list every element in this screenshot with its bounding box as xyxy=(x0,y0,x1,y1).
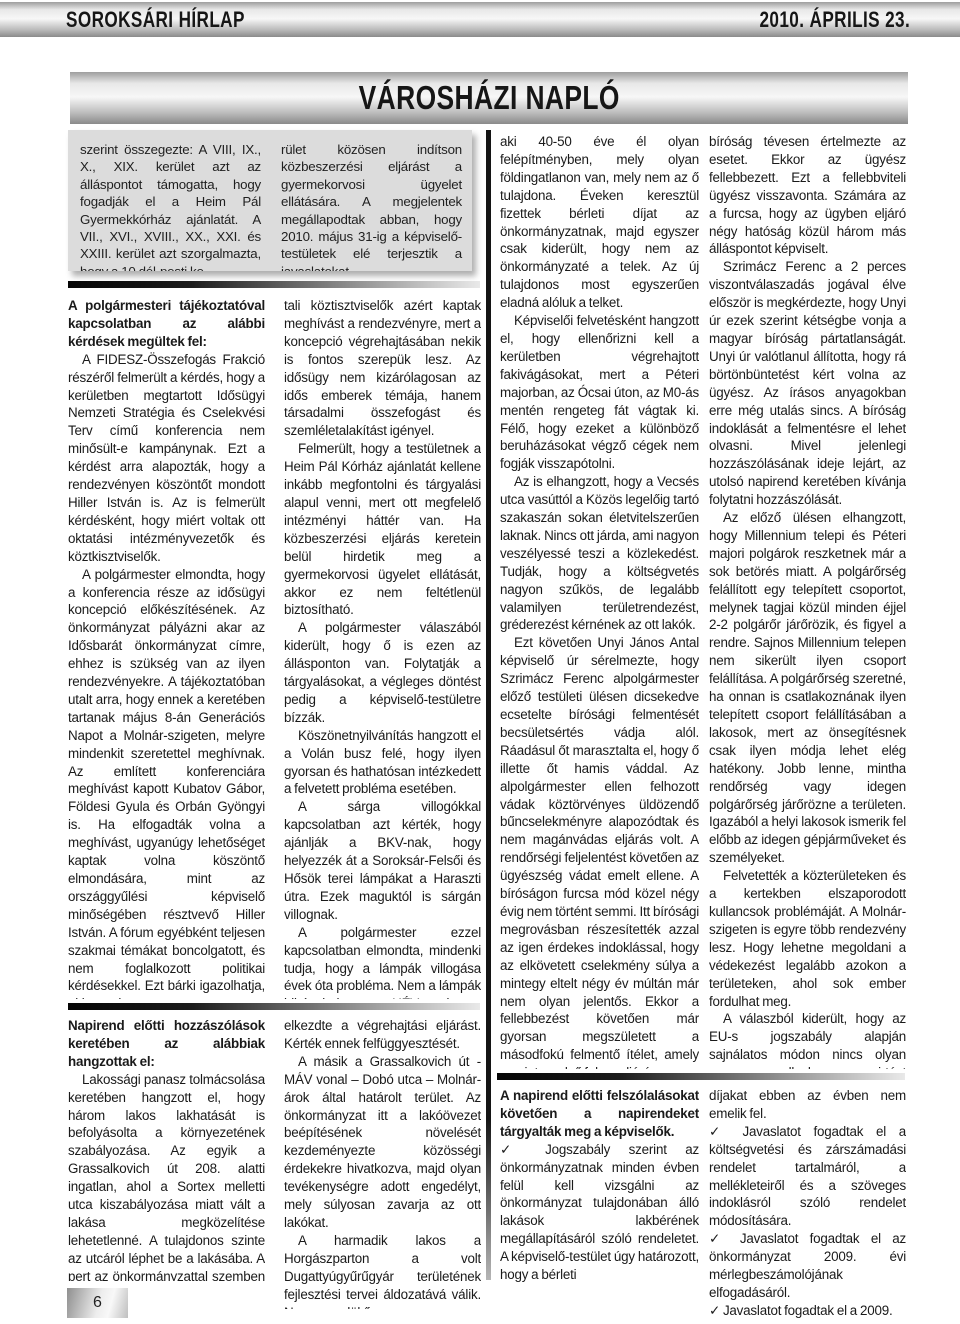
paragraph: A FIDESZ-Összefogás Frakció részéről fel… xyxy=(68,351,265,566)
column-4-block-1: bíróság tévesen értelmezte az esetet. Ek… xyxy=(709,133,906,1069)
column-4-block-2: díjakat ebben az évben nem emelik fel. ✓… xyxy=(709,1087,906,1319)
paragraph: Az is elhangzott, hogy a Vecsés utca vas… xyxy=(500,473,699,634)
page-number-badge: 6 xyxy=(67,1288,128,1318)
section-title-bar: VÁROSHÁZI NAPLÓ xyxy=(70,72,908,124)
article-heading: A napirend előtti felszólalásokat követő… xyxy=(500,1087,699,1141)
paragraph: Köszönetnyilvánítás hangzott el a Volán … xyxy=(284,727,481,799)
column-3-block-1: aki 40-50 éve él olyan felépítményben, m… xyxy=(500,133,699,1069)
agenda-item: ✓ Jogszabály szerint az önkormányzatnak … xyxy=(500,1141,699,1284)
paragraph: Lakossági panasz tolmácsolása keretében … xyxy=(68,1071,265,1281)
paragraph: A polgármester elmondta, hogy a konferen… xyxy=(68,566,265,999)
agenda-item: ✓ Javaslatot fogadtak el az önkormányzat… xyxy=(709,1230,906,1302)
column-2-block-1: tali köztisztviselők azért kaptak meghív… xyxy=(284,297,481,999)
agenda-item: ✓ Javaslatot fogadtak el a költségvetési… xyxy=(709,1123,906,1230)
article-heading: A polgármesteri tájékoztatóval kapcsolat… xyxy=(68,297,265,351)
paragraph: Az előző ülésen elhangzott, hogy Millenn… xyxy=(709,509,906,867)
issue-date: 2010. ÁPRILIS 23. xyxy=(759,2,910,37)
paragraph: A polgármester ezzel kapcsolatban elmond… xyxy=(284,924,481,999)
info-box: szerint összegezte: A VIII, IX., X., XIX… xyxy=(68,130,472,271)
paragraph: A válaszból kiderült, hogy az EU-s jogsz… xyxy=(709,1010,906,1069)
article-heading: Napirend előtti hozzászólások keretében … xyxy=(68,1017,265,1071)
paragraph: A polgármester válaszából kiderült, hogy… xyxy=(284,619,481,726)
section-title: VÁROSHÁZI NAPLÓ xyxy=(358,72,619,124)
column-3-block-2: A napirend előtti felszólalásokat követő… xyxy=(500,1087,699,1319)
column-1-block-1: A polgármesteri tájékoztatóval kapcsolat… xyxy=(68,297,265,999)
agenda-item: ✓ Javaslatot fogadtak el a 2009. xyxy=(709,1302,906,1319)
paragraph: aki 40-50 éve él olyan felépítményben, m… xyxy=(500,133,699,312)
column-2-block-2: elkezdte a végrehajtási eljárást. Kérték… xyxy=(284,1017,481,1309)
paragraph: A sárga villogókkal kapcsolatban azt kér… xyxy=(284,798,481,923)
info-box-col-b: rület közösen indítson közbeszerzési elj… xyxy=(281,141,462,271)
paragraph: A másik a Grassalkovich út - MÁV vonal –… xyxy=(284,1053,481,1232)
masthead-title: SOROKSÁRI HÍRLAP xyxy=(66,2,245,37)
masthead-bar: SOROKSÁRI HÍRLAP 2010. ÁPRILIS 23. xyxy=(0,2,960,37)
paragraph: Felvetették a közterületeken és a kertek… xyxy=(709,867,906,1010)
column-1-block-2: Napirend előtti hozzászólások keretében … xyxy=(68,1017,265,1281)
paragraph: elkezdte a végrehajtási eljárást. Kérték… xyxy=(284,1017,481,1053)
paragraph: Ezt követően Unyi János Antal képviselő … xyxy=(500,634,699,1069)
info-box-col-a: szerint összegezte: A VIII, IX., X., XIX… xyxy=(80,141,261,271)
vertical-column-rule xyxy=(486,130,491,1280)
paragraph: Felmerült, hogy a testületnek a Heim Pál… xyxy=(284,440,481,619)
paragraph: díjakat ebben az évben nem emelik fel. xyxy=(709,1087,906,1123)
horizontal-divider-bottom-left xyxy=(68,1003,480,1010)
page-number: 6 xyxy=(93,1294,102,1311)
horizontal-divider-top-left xyxy=(68,281,480,288)
paragraph: bíróság tévesen értelmezte az esetet. Ek… xyxy=(709,133,906,258)
horizontal-divider-bottom-right xyxy=(497,1073,905,1080)
paragraph: tali köztisztviselők azért kaptak meghív… xyxy=(284,297,481,440)
paragraph: Képviselői felvetésként hangzott el, hog… xyxy=(500,312,699,473)
paragraph: Szrimácz Ferenc a 2 perces viszontválasz… xyxy=(709,258,906,509)
paragraph: A harmadik lakos a Horgászparton a volt … xyxy=(284,1232,481,1309)
